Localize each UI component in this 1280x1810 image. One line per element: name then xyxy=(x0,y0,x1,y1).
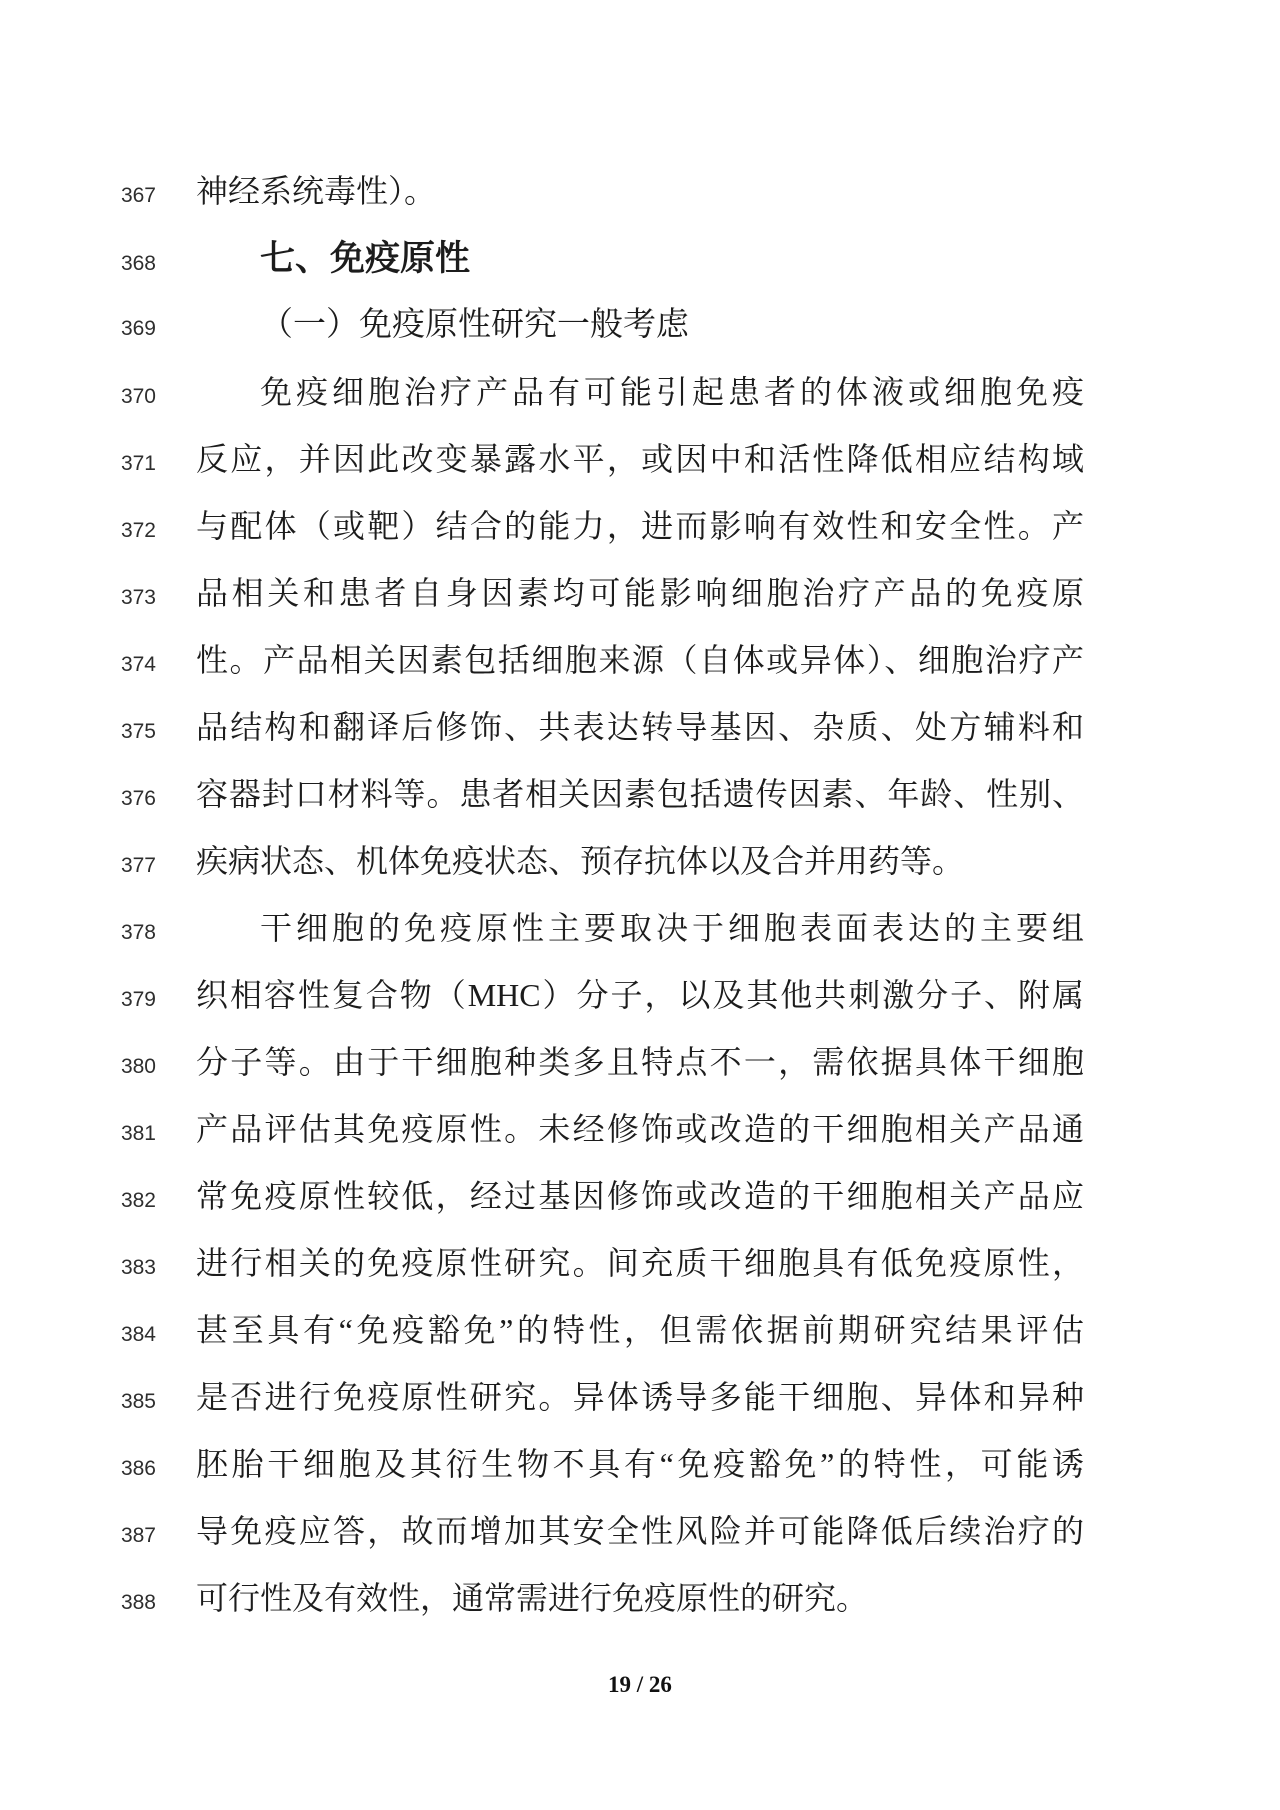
line-text: 神经系统毒性）。 xyxy=(196,158,1084,225)
line-text: 常免疫原性较低，经过基因修饰或改造的干细胞相关产品应 xyxy=(196,1163,1084,1230)
line-number: 383 xyxy=(0,1234,156,1301)
document-line: 376容器封口材料等。患者相关因素包括遗传因素、年龄、性别、 xyxy=(0,761,1280,828)
document-line: 381产品评估其免疫原性。未经修饰或改造的干细胞相关产品通 xyxy=(0,1096,1280,1163)
line-text: 品相关和患者自身因素均可能影响细胞治疗产品的免疫原 xyxy=(196,560,1084,627)
line-text: 胚胎干细胞及其衍生物不具有“免疫豁免”的特性，可能诱 xyxy=(196,1431,1084,1498)
line-text: 分子等。由于干细胞种类多且特点不一，需依据具体干细胞 xyxy=(196,1029,1084,1096)
line-number: 375 xyxy=(0,698,156,765)
line-text: 免疫细胞治疗产品有可能引起患者的体液或细胞免疫 xyxy=(196,359,1084,426)
line-number: 386 xyxy=(0,1435,156,1502)
document-line: 380分子等。由于干细胞种类多且特点不一，需依据具体干细胞 xyxy=(0,1029,1280,1096)
line-text: 是否进行免疫原性研究。异体诱导多能干细胞、异体和异种 xyxy=(196,1364,1084,1431)
line-text: 织相容性复合物（MHC）分子，以及其他共刺激分子、附属 xyxy=(196,962,1084,1029)
page-number: 19 / 26 xyxy=(608,1672,672,1697)
line-number: 381 xyxy=(0,1100,156,1167)
line-number: 377 xyxy=(0,832,156,899)
line-number: 369 xyxy=(0,295,156,362)
document-line: 374性。产品相关因素包括细胞来源（自体或异体）、细胞治疗产 xyxy=(0,627,1280,694)
document-line: 383进行相关的免疫原性研究。间充质干细胞具有低免疫原性， xyxy=(0,1230,1280,1297)
document-line: 385是否进行免疫原性研究。异体诱导多能干细胞、异体和异种 xyxy=(0,1364,1280,1431)
line-number: 370 xyxy=(0,363,156,430)
line-text: 干细胞的免疫原性主要取决于细胞表面表达的主要组 xyxy=(196,895,1084,962)
document-line: 379织相容性复合物（MHC）分子，以及其他共刺激分子、附属 xyxy=(0,962,1280,1029)
line-number: 374 xyxy=(0,631,156,698)
line-text: 可行性及有效性，通常需进行免疫原性的研究。 xyxy=(196,1565,1084,1632)
line-text: 疾病状态、机体免疫状态、预存抗体以及合并用药等。 xyxy=(196,828,1084,895)
line-number: 380 xyxy=(0,1033,156,1100)
line-text: 反应，并因此改变暴露水平，或因中和活性降低相应结构域 xyxy=(196,426,1084,493)
line-number: 382 xyxy=(0,1167,156,1234)
line-text: 导免疫应答，故而增加其安全性风险并可能降低后续治疗的 xyxy=(196,1498,1084,1565)
document-line: 378干细胞的免疫原性主要取决于细胞表面表达的主要组 xyxy=(0,895,1280,962)
line-number: 387 xyxy=(0,1502,156,1569)
document-line: 372与配体（或靶）结合的能力，进而影响有效性和安全性。产 xyxy=(0,493,1280,560)
document-line: 388可行性及有效性，通常需进行免疫原性的研究。 xyxy=(0,1565,1280,1632)
line-number: 372 xyxy=(0,497,156,564)
document-line: 386胚胎干细胞及其衍生物不具有“免疫豁免”的特性，可能诱 xyxy=(0,1431,1280,1498)
line-text: 容器封口材料等。患者相关因素包括遗传因素、年龄、性别、 xyxy=(196,761,1084,828)
line-number: 376 xyxy=(0,765,156,832)
section-heading: 七、免疫原性 xyxy=(196,225,1084,292)
line-number: 388 xyxy=(0,1569,156,1636)
document-line: 382常免疫原性较低，经过基因修饰或改造的干细胞相关产品应 xyxy=(0,1163,1280,1230)
line-text: 品结构和翻译后修饰、共表达转导基因、杂质、处方辅料和 xyxy=(196,694,1084,761)
page-footer: 19 / 26 xyxy=(0,1672,1280,1698)
line-text: 产品评估其免疫原性。未经修饰或改造的干细胞相关产品通 xyxy=(196,1096,1084,1163)
line-number: 385 xyxy=(0,1368,156,1435)
line-text: 与配体（或靶）结合的能力，进而影响有效性和安全性。产 xyxy=(196,493,1084,560)
line-text: 甚至具有“免疫豁免”的特性，但需依据前期研究结果评估 xyxy=(196,1297,1084,1364)
line-number: 379 xyxy=(0,966,156,1033)
document-body: 367神经系统毒性）。 368七、免疫原性 369（一）免疫原性研究一般考虑 3… xyxy=(0,158,1280,1632)
document-line: 373品相关和患者自身因素均可能影响细胞治疗产品的免疫原 xyxy=(0,560,1280,627)
subsection-heading: （一）免疫原性研究一般考虑 xyxy=(196,292,1084,359)
document-line: 375品结构和翻译后修饰、共表达转导基因、杂质、处方辅料和 xyxy=(0,694,1280,761)
section-heading-line: 368七、免疫原性 xyxy=(0,225,1280,292)
line-text: 性。产品相关因素包括细胞来源（自体或异体）、细胞治疗产 xyxy=(196,627,1084,694)
line-text: 进行相关的免疫原性研究。间充质干细胞具有低免疫原性， xyxy=(196,1230,1084,1297)
document-line: 371反应，并因此改变暴露水平，或因中和活性降低相应结构域 xyxy=(0,426,1280,493)
line-number: 367 xyxy=(0,162,156,229)
line-number: 373 xyxy=(0,564,156,631)
document-line: 387导免疫应答，故而增加其安全性风险并可能降低后续治疗的 xyxy=(0,1498,1280,1565)
document-line: 370免疫细胞治疗产品有可能引起患者的体液或细胞免疫 xyxy=(0,359,1280,426)
line-number: 371 xyxy=(0,430,156,497)
line-number: 368 xyxy=(0,230,156,297)
document-line: 384甚至具有“免疫豁免”的特性，但需依据前期研究结果评估 xyxy=(0,1297,1280,1364)
subsection-heading-line: 369（一）免疫原性研究一般考虑 xyxy=(0,292,1280,359)
line-number: 378 xyxy=(0,899,156,966)
document-page: 367神经系统毒性）。 368七、免疫原性 369（一）免疫原性研究一般考虑 3… xyxy=(0,0,1280,1810)
line-number: 384 xyxy=(0,1301,156,1368)
document-line: 367神经系统毒性）。 xyxy=(0,158,1280,225)
document-line: 377疾病状态、机体免疫状态、预存抗体以及合并用药等。 xyxy=(0,828,1280,895)
